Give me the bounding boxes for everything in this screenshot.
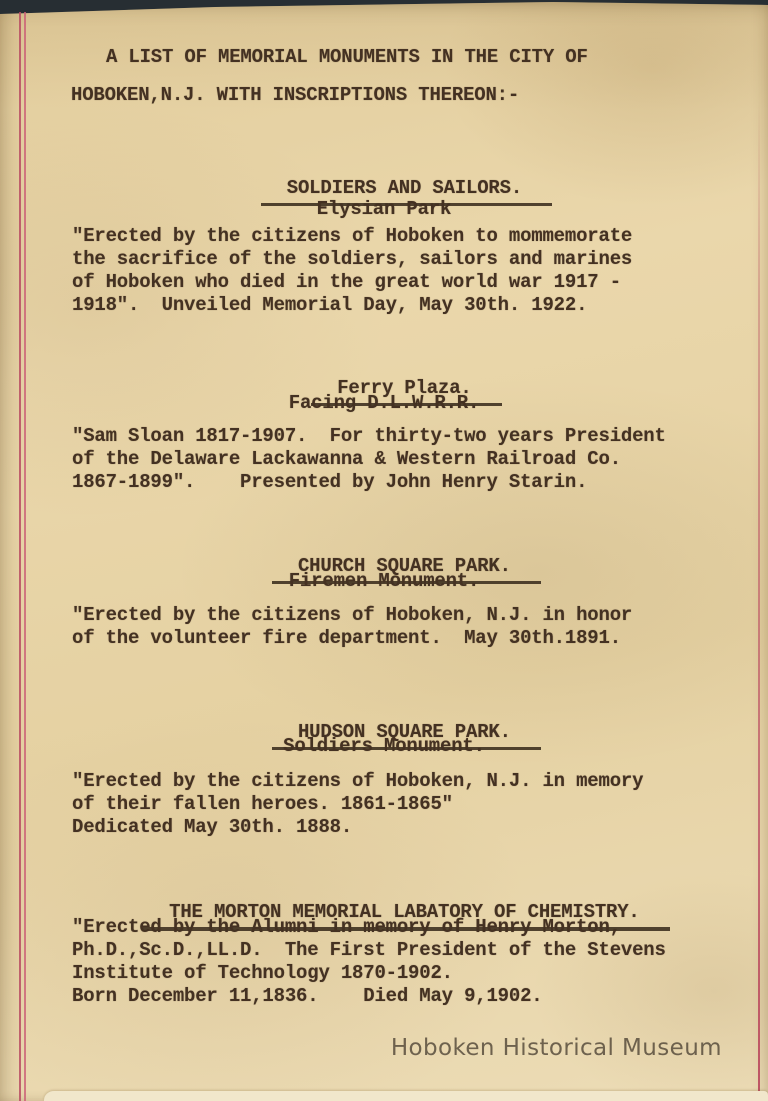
inscription-text: "Erected by the citizens of Hoboken, N.J… — [72, 604, 696, 650]
left-margin-rule-outer — [19, 12, 21, 1101]
inscription-text: "Erected by the citizens of Hoboken to m… — [72, 225, 696, 317]
inscription-text: "Erected by the Alumni in memory of Henr… — [72, 916, 696, 985]
watermark: Hoboken Historical Museum — [391, 1035, 722, 1061]
inscription-text: "Sam Sloan 1817-1907. For thirty-two yea… — [72, 425, 696, 494]
birth-death-line: Born December 11,1836. Died May 9,1902. — [72, 985, 696, 1008]
section-subheading: Elysian Park — [72, 198, 696, 221]
under-sheet-edge — [44, 1091, 768, 1101]
left-margin-rule-inner — [24, 12, 26, 1101]
right-margin-rule — [758, 100, 760, 1101]
document-title-line2: HOBOKEN,N.J. WITH INSCRIPTIONS THEREON:- — [71, 84, 519, 107]
section-subheading: Facing D.L.W.R.R. — [72, 392, 696, 415]
inscription-text: "Erected by the citizens of Hoboken, N.J… — [72, 770, 696, 839]
section-subheading: Soldiers Monument. — [72, 735, 696, 758]
scanned-document-page: A LIST OF MEMORIAL MONUMENTS IN THE CITY… — [0, 0, 768, 1101]
section-subheading: Firemen Monument. — [72, 570, 696, 593]
document-title-line1: A LIST OF MEMORIAL MONUMENTS IN THE CITY… — [106, 46, 588, 69]
